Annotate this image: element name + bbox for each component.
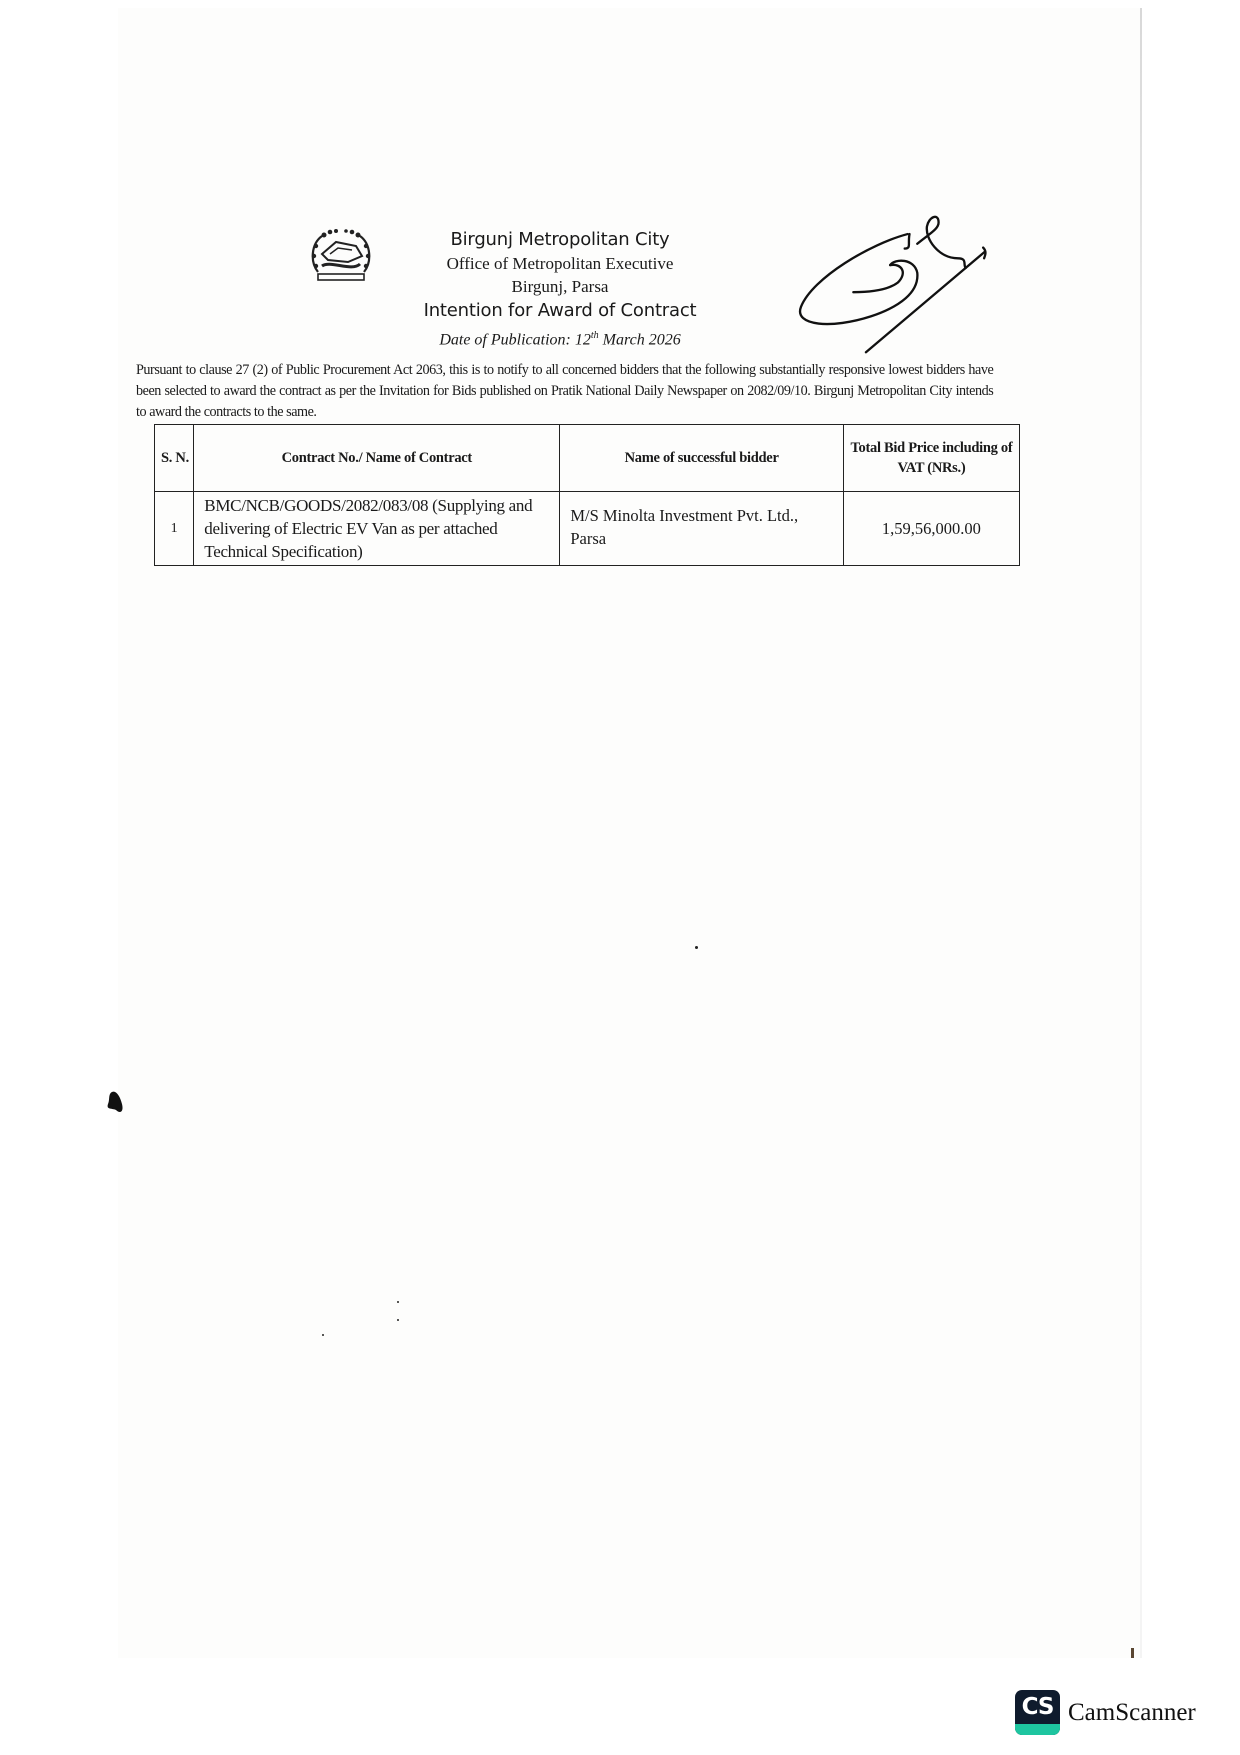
scan-speck [397,1301,399,1303]
notice-title: Intention for Award of Contract [380,298,740,324]
scan-speck [695,946,698,949]
ink-blot-mark [104,1088,126,1116]
header-contract: Contract No./ Name of Contract [194,425,560,492]
header-bidder: Name of successful bidder [560,425,844,492]
office-name: Office of Metropolitan Executive [380,252,740,275]
scan-tick-mark [1131,1648,1134,1658]
page-edge-shadow [1140,8,1142,1658]
scan-speck [397,1319,399,1321]
city-name: Birgunj Metropolitan City [380,228,740,252]
office-location: Birgunj, Parsa [380,275,740,298]
cell-contract: BMC/NCB/GOODS/2082/083/08 (Supplying and… [194,492,560,566]
cell-price: 1,59,56,000.00 [843,492,1019,566]
header-price: Total Bid Price including of VAT (NRs.) [843,425,1019,492]
publication-date: Date of Publication: 12th March 2026 [380,324,740,352]
notice-body-text: Pursuant to clause 27 (2) of Public Proc… [136,360,993,423]
camscanner-logo-icon: CS [1015,1690,1060,1735]
cell-bidder: M/S Minolta Investment Pvt. Ltd., Parsa [560,492,844,566]
cell-sn: 1 [155,492,194,566]
award-table: S. N. Contract No./ Name of Contract Nam… [154,424,1020,566]
letterhead: Birgunj Metropolitan City Office of Metr… [380,228,740,352]
camscanner-watermark: CS CamScanner [1015,1690,1196,1735]
table-row: 1 BMC/NCB/GOODS/2082/083/08 (Supplying a… [155,492,1020,566]
table-header-row: S. N. Contract No./ Name of Contract Nam… [155,425,1020,492]
header-sn: S. N. [155,425,194,492]
scan-speck [322,1334,324,1336]
signature-icon [790,205,1000,360]
camscanner-label: CamScanner [1068,1699,1196,1727]
nepal-emblem-icon [308,226,374,286]
